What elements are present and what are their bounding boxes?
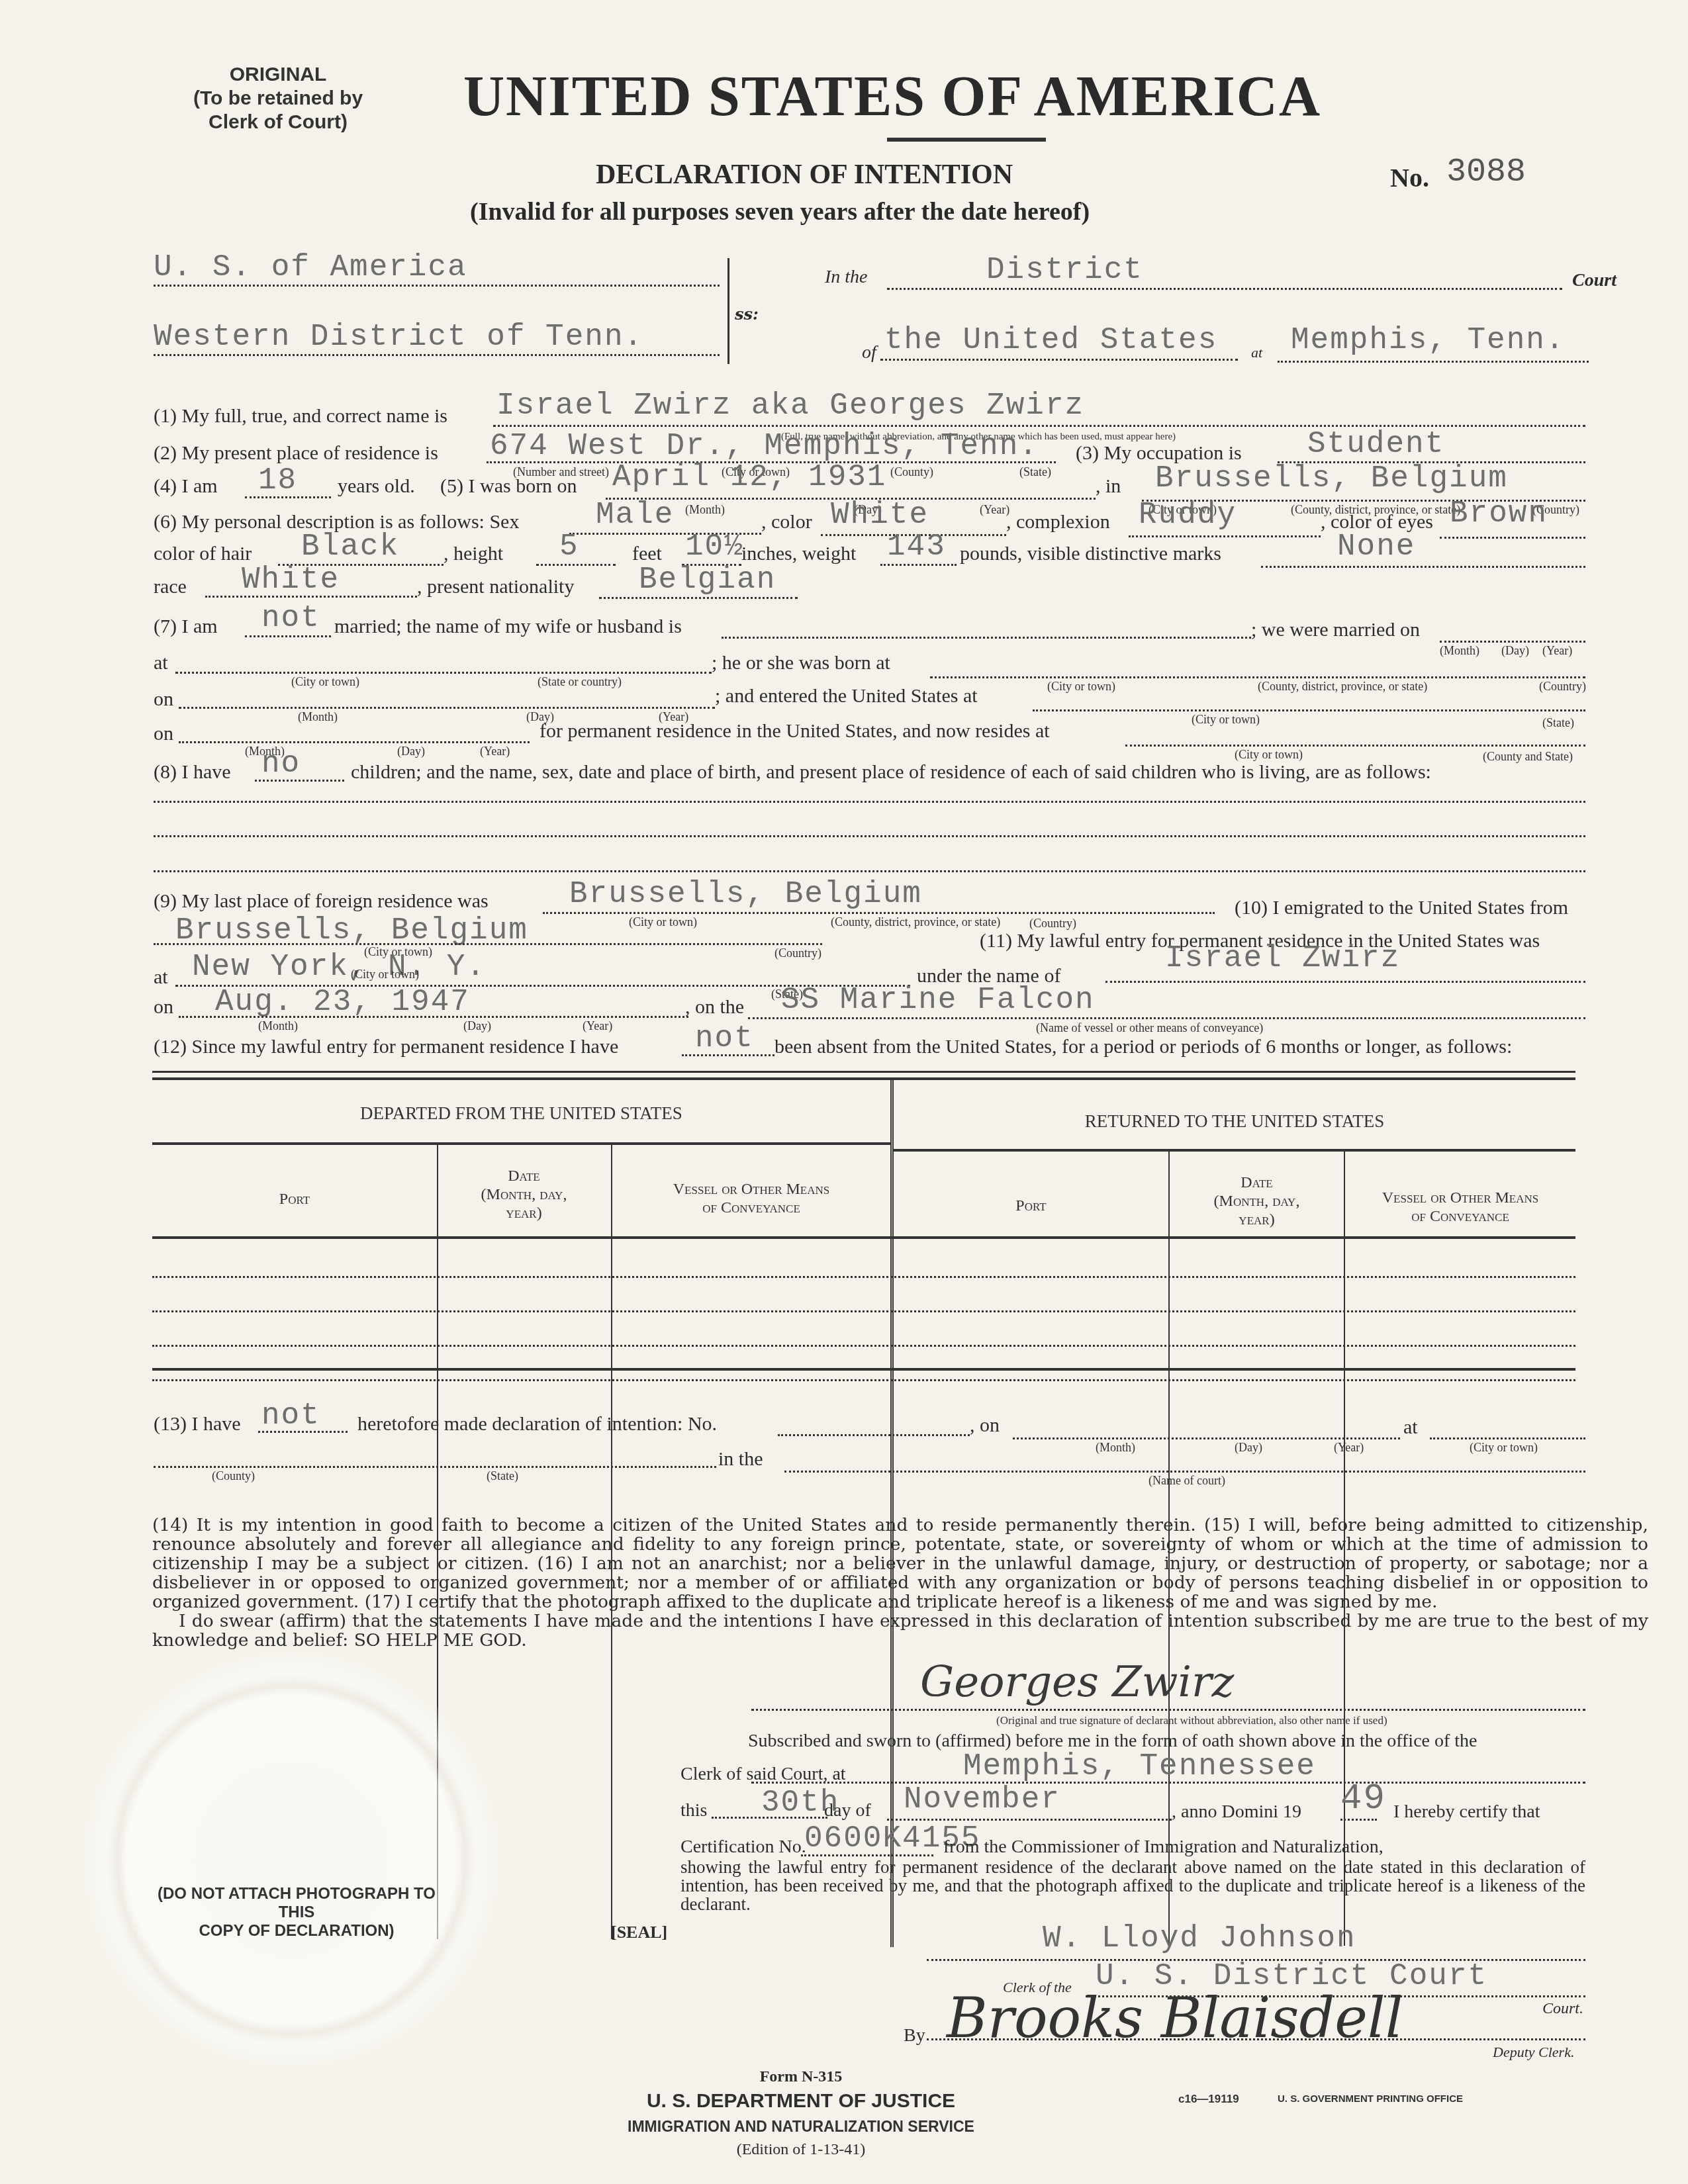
hair-value: Black (301, 529, 399, 564)
married-value: not (261, 601, 320, 635)
birth-caption-year: (Year) (980, 503, 1009, 517)
deputy-signature-line (927, 2038, 1585, 2040)
embossed-seal (79, 1648, 503, 2071)
race-value: White (242, 563, 340, 597)
oath-month-line (887, 1819, 1172, 1821)
q10-label: (10) I emigrated to the United States fr… (1235, 897, 1568, 919)
oath-year-line (1340, 1819, 1377, 1821)
in-the-label: In the (825, 267, 868, 288)
spouse-entry-caption-year: (Year) (480, 745, 510, 758)
birth-caption-month: (Month) (685, 503, 725, 517)
prior-caption-day: (Day) (1235, 1441, 1262, 1455)
anno-domini-label: , anno Domini 19 (1172, 1801, 1301, 1823)
cert-text-line1: from the Commissioner of Immigration and… (943, 1837, 1383, 1858)
service-name: IMMIGRATION AND NATURALIZATION SERVICE (596, 2118, 1006, 2136)
day-of-label: day of (824, 1800, 871, 1821)
residence-value: 674 West Dr., Memphis, Tenn. (490, 429, 1039, 463)
married-at-caption-state: (State or country) (538, 675, 622, 689)
entry-name-line (1105, 981, 1585, 983)
prior-city-line (1430, 1437, 1585, 1439)
table-row (152, 1379, 1575, 1381)
date-header-line3: year) (437, 1204, 611, 1222)
marks-line (1261, 566, 1585, 568)
birth-date-value: April 12, 1931 (612, 460, 886, 494)
occupation-value: Student (1307, 427, 1444, 461)
departed-date-header: Date (Month, day, year) (437, 1167, 611, 1222)
prior-caption-state: (State) (487, 1469, 518, 1483)
vessel-value: SS Marine Falcon (781, 983, 1095, 1017)
prior-date-line (1013, 1437, 1400, 1439)
spouse-name-line (722, 637, 1251, 639)
prior-caption-county: (County) (212, 1469, 255, 1483)
married-at-label: at (154, 652, 168, 674)
returned-header: RETURNED TO THE UNITED STATES (894, 1112, 1575, 1130)
venue-brace (720, 258, 729, 364)
hair-label: color of hair (154, 543, 252, 565)
departed-port-header: Port (152, 1190, 437, 1208)
spouse-born-on-line (179, 707, 715, 709)
venue-district-line (154, 354, 720, 356)
absence-line (682, 1054, 774, 1056)
children-text: children; and the name, sex, date and pl… (351, 761, 1431, 784)
certify-label: I hereby certify that (1393, 1801, 1540, 1823)
court-type: District (986, 253, 1143, 287)
eyes-value: Brown (1450, 496, 1548, 531)
spouse-name-label: married; the name of my wife or husband … (334, 615, 682, 638)
table-header-bottom-rule (152, 1236, 1575, 1239)
spouse-born-on-label: on (154, 688, 173, 711)
vessel-header-line1: Vessel or Other Means (1345, 1189, 1575, 1207)
married-at-caption-city: (City or town) (291, 675, 359, 689)
scilicet-label: ss: (735, 304, 759, 324)
oath-day-line (712, 1817, 827, 1819)
number-label: No. (1390, 162, 1429, 193)
born-in-label: , in (1096, 475, 1121, 498)
absence-value: not (695, 1021, 754, 1056)
entry-date-value: Aug. 23, 1947 (215, 985, 470, 1019)
last-residence-value: Brussells, Belgium (569, 877, 922, 911)
declarant-signature-caption: (Original and true signature of declaran… (996, 1714, 1387, 1727)
oath-paragraph-2: I do swear (affirm) that the statements … (152, 1612, 1648, 1650)
married-on-line (1440, 641, 1585, 643)
date-header-line1: Date (437, 1167, 611, 1185)
q8-label: (8) I have (154, 761, 231, 784)
edition-note: (Edition of 1-13-41) (662, 2141, 940, 2159)
weight-value: 143 (887, 529, 946, 564)
cert-text-body: showing the lawful entry for permanent r… (680, 1858, 1585, 1913)
oath-location-line (751, 1782, 1585, 1784)
feet-label: feet (632, 543, 662, 565)
residence-caption-county: (County) (890, 465, 933, 479)
retained-note-line2: Clerk of Court) (159, 111, 397, 134)
q1-label: (1) My full, true, and correct name is (154, 405, 447, 428)
age-line (245, 496, 331, 498)
entry-date-line (179, 1016, 688, 1018)
table-row (152, 1310, 1575, 1312)
q12-label: (12) Since my lawful entry for permanent… (154, 1036, 618, 1058)
spouse-resides-line (1125, 745, 1585, 747)
age-value: 18 (258, 463, 297, 498)
vessel-label: , on the (685, 996, 744, 1019)
last-residence-caption-country: (Country) (1029, 917, 1076, 931)
spouse-entered-label: ; and entered the United States at (715, 685, 978, 707)
seal-label: [SEAL] (611, 1923, 667, 1942)
oath-paragraph-1: (14) It is my intention in good faith to… (152, 1516, 1648, 1612)
weight-line (880, 564, 957, 566)
children-value: no (261, 747, 301, 781)
prior-caption-court: (Name of court) (1149, 1474, 1225, 1488)
by-label: By (904, 2025, 925, 2046)
complexion-value: Ruddy (1139, 498, 1237, 532)
emigrated-from-line (154, 943, 822, 945)
prior-declaration-line (258, 1431, 348, 1433)
entry-port-value: New York, N. Y. (192, 950, 486, 984)
this-label: this (680, 1800, 707, 1821)
court-of-value: the United States (884, 323, 1217, 357)
photo-note: (DO NOT ATTACH PHOTOGRAPH TO THIS COPY O… (151, 1885, 442, 1940)
print-code: c16—19119 (1178, 2093, 1239, 2106)
returned-port-header: Port (894, 1197, 1168, 1215)
last-residence-caption-county: (County, district, province, or state) (831, 915, 1000, 929)
race-label: race (154, 576, 187, 598)
prior-caption-month: (Month) (1096, 1441, 1135, 1455)
children-detail-line-1 (154, 801, 1585, 803)
venue-country: U. S. of America (154, 250, 467, 285)
at-label: at (1251, 344, 1262, 361)
spouse-entered-caption-state: (State) (1542, 716, 1574, 730)
entry-at-label: at (154, 966, 168, 989)
spouse-born-caption-county: (County, district, province, or state) (1258, 680, 1427, 694)
vessel-line (748, 1017, 1585, 1019)
certification-number-line (801, 1854, 933, 1856)
spouse-resides-label: for permanent residence in the United St… (539, 720, 1050, 743)
children-line (255, 780, 344, 782)
complexion-line (1129, 535, 1321, 537)
spouse-resides-caption-state: (County and State) (1483, 750, 1573, 764)
table-row (152, 1276, 1575, 1278)
court-suffix-label: Court. (1542, 2000, 1583, 2018)
spouse-entered-line (1033, 709, 1585, 711)
declaration-number: 3088 (1446, 154, 1526, 191)
vessel-header-line2: of Conveyance (612, 1199, 890, 1217)
document-subtitle: DECLARATION OF INTENTION (596, 159, 1013, 191)
full-name-value: Israel Zwirz aka Georges Zwirz (496, 388, 1084, 423)
nationality-value: Belgian (639, 563, 776, 597)
color-value: White (831, 498, 929, 532)
prior-in-the-label: in the (718, 1448, 763, 1471)
court-type-line (887, 288, 1562, 290)
photo-note-line2: COPY OF DECLARATION) (151, 1922, 442, 1940)
last-residence-line (543, 912, 1215, 914)
married-caption-day: (Day) (1501, 644, 1529, 658)
cert-label: Certification No. (680, 1837, 806, 1858)
departed-vessel-header: Vessel or Other Means of Conveyance (612, 1180, 890, 1217)
departed-header: DEPARTED FROM THE UNITED STATES (152, 1104, 890, 1122)
prior-declaration-text: heretofore made declaration of intention… (357, 1413, 717, 1435)
nationality-line (599, 597, 798, 599)
married-at-line (175, 672, 712, 674)
last-residence-caption-city: (City or town) (629, 915, 697, 929)
sex-value: Male (596, 498, 674, 532)
marks-value: None (1337, 529, 1415, 564)
entry-on-label: on (154, 996, 173, 1019)
married-line (245, 635, 331, 637)
table-row (152, 1345, 1575, 1347)
entry-name-value: Israel Zwirz (1165, 941, 1400, 976)
q7-label: (7) I am (154, 615, 218, 638)
spouse-born-label: ; he or she was born at (712, 652, 890, 674)
height-inches-value: 10½ (685, 529, 744, 564)
birth-place-value: Brussells, Belgium (1155, 461, 1508, 496)
prior-number-line (778, 1434, 970, 1436)
prior-at-label: at (1403, 1416, 1418, 1439)
emigrated-caption-country: (Country) (774, 946, 821, 960)
inches-weight-label: inches, weight (741, 543, 856, 565)
printer-name: U. S. GOVERNMENT PRINTING OFFICE (1278, 2093, 1463, 2105)
married-caption-month: (Month) (1440, 644, 1479, 658)
spouse-born-caption-city: (City or town) (1047, 680, 1115, 694)
q5-label: (5) I was born on (440, 475, 577, 498)
vessel-header-line2: of Conveyance (1345, 1207, 1575, 1226)
q4-label: (4) I am (154, 475, 218, 498)
height-label: , height (444, 543, 503, 565)
complexion-label: , complexion (1006, 511, 1110, 533)
absence-table: DEPARTED FROM THE UNITED STATES RETURNED… (152, 1071, 1575, 1355)
prior-on-label: , on (970, 1414, 1000, 1437)
venue-country-line (154, 285, 720, 287)
page-title: UNITED STATES OF AMERICA (463, 63, 1321, 129)
eyes-line (1440, 537, 1585, 539)
nationality-label: , present nationality (417, 576, 574, 598)
declarant-signature: Georges Zwirz (920, 1658, 1234, 1707)
q2-label: (2) My present place of residence is (154, 442, 438, 465)
deputy-clerk-label: Deputy Clerk. (1493, 2044, 1574, 2061)
residence-caption-state: (State) (1019, 465, 1051, 479)
spouse-born-on-caption-month: (Month) (298, 710, 338, 724)
oath-month-value: November (904, 1782, 1060, 1817)
spouse-entry-on-label: on (154, 723, 173, 745)
spouse-born-line (930, 676, 1585, 678)
prior-caption-year: (Year) (1334, 1441, 1364, 1455)
court-location: Memphis, Tenn. (1291, 323, 1565, 357)
original-copy-note: ORIGINAL (To be retained by Clerk of Cou… (159, 63, 397, 134)
oath-year-value: 49 (1340, 1779, 1386, 1819)
height-feet-line (536, 564, 616, 566)
color-label: , color (761, 511, 812, 533)
married-caption-year: (Year) (1542, 644, 1572, 658)
married-on-label: ; we were married on (1251, 619, 1420, 641)
returned-vessel-header: Vessel or Other Means of Conveyance (1345, 1189, 1575, 1226)
clerk-name: W. Lloyd Johnson (1043, 1921, 1356, 1956)
court-label: Court (1572, 270, 1617, 291)
date-header-line1: Date (1170, 1173, 1344, 1192)
entry-date-caption-day: (Day) (463, 1019, 491, 1033)
prior-county-state-line (154, 1466, 716, 1468)
form-number: Form N-315 (649, 2068, 953, 2086)
spouse-born-caption-country: (Country) (1539, 680, 1586, 694)
oath-text: (14) It is my intention in good faith to… (152, 1516, 1648, 1650)
date-header-line2: (Month, day, (437, 1185, 611, 1204)
prior-caption-city: (City or town) (1470, 1441, 1538, 1455)
spouse-entry-on-line (179, 741, 530, 743)
photo-note-line1: (DO NOT ATTACH PHOTOGRAPH TO THIS (151, 1885, 442, 1922)
spouse-resides-caption-city: (City or town) (1235, 748, 1303, 762)
entry-port-caption-city: (City or town) (351, 968, 419, 981)
date-header-line2: (Month, day, (1170, 1192, 1344, 1210)
venue-district: Western District of Tenn. (154, 320, 643, 354)
spouse-entry-caption-day: (Day) (397, 745, 425, 758)
entry-date-caption-year: (Year) (583, 1019, 612, 1033)
absence-text: been absent from the United States, for … (774, 1036, 1512, 1058)
court-location-line (1278, 361, 1589, 363)
title-divider (887, 138, 1046, 142)
deputy-signature: Brooks Blaisdell (947, 1985, 1403, 2050)
date-header-line3: year) (1170, 1210, 1344, 1229)
children-detail-line-2 (154, 835, 1585, 837)
court-of-line (880, 359, 1238, 361)
q13-label: (13) I have (154, 1413, 241, 1435)
spouse-entered-caption-city: (City or town) (1192, 713, 1260, 727)
table-bottom-rule (152, 1368, 1575, 1371)
vessel-caption: (Name of vessel or other means of convey… (1036, 1021, 1263, 1035)
validity-note: (Invalid for all purposes seven years af… (470, 197, 1090, 226)
declarant-signature-line (751, 1709, 1585, 1711)
prior-declaration-value: not (261, 1398, 320, 1433)
department-name: U. S. DEPARTMENT OF JUSTICE (616, 2090, 986, 2113)
of-label: of (862, 342, 876, 363)
children-detail-line-3 (154, 870, 1585, 872)
retained-note-line1: (To be retained by (159, 87, 397, 111)
prior-court-line (784, 1471, 1585, 1473)
vessel-header-line1: Vessel or Other Means (612, 1180, 890, 1199)
race-line (205, 596, 417, 598)
years-old-label: years old. (338, 475, 415, 498)
entry-date-caption-month: (Month) (258, 1019, 298, 1033)
oath-location-value: Memphis, Tennessee (963, 1749, 1316, 1784)
returned-date-header: Date (Month, day, year) (1170, 1173, 1344, 1229)
height-feet-value: 5 (559, 529, 579, 564)
original-label: ORIGINAL (159, 63, 397, 87)
marks-label: pounds, visible distinctive marks (960, 543, 1221, 565)
q9-label: (9) My last place of foreign residence w… (154, 890, 489, 913)
